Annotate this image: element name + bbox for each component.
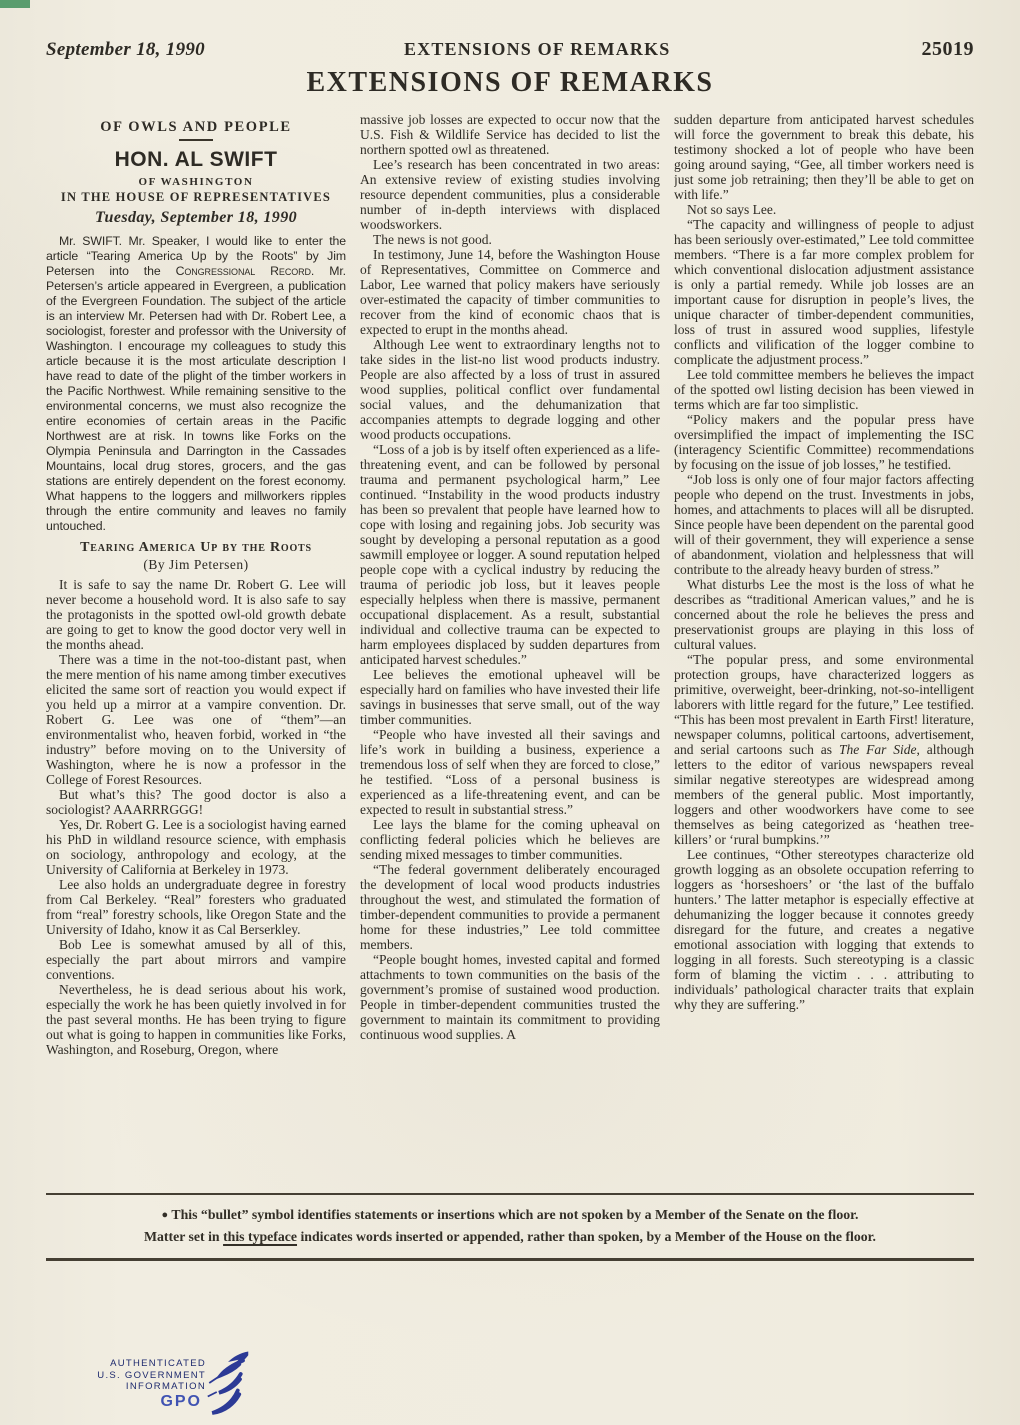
para: Not so says Lee. (674, 202, 974, 217)
para-cont: sudden departure from anticipated harves… (674, 112, 974, 202)
issue-date: September 18, 1990 (46, 39, 205, 61)
footer-line-1: ● This “bullet” symbol identifies statem… (60, 1204, 960, 1226)
running-title: EXTENSIONS OF REMARKS (404, 39, 671, 60)
article-columns: OF OWLS AND PEOPLEHON. AL SWIFTOF WASHIN… (46, 112, 974, 1168)
rule (179, 139, 213, 141)
column-2: massive job losses are expected to occur… (360, 112, 660, 1168)
para: In testimony, June 14, before the Washin… (360, 247, 660, 337)
para: Lee also holds an undergraduate degree i… (46, 877, 346, 937)
gpo-authentication-logo: AUTHENTICATED U.S. GOVERNMENT INFORMATIO… (56, 1350, 266, 1422)
heading-insert: Tearing America Up by the Roots (46, 540, 346, 556)
para: Lee believes the emotional upheavel will… (360, 667, 660, 727)
page-header: September 18, 1990 EXTENSIONS OF REMARKS… (46, 38, 974, 61)
heading-state: OF WASHINGTON (46, 176, 346, 188)
eagle-icon (192, 1350, 258, 1422)
logo-line-information: INFORMATION (56, 1381, 206, 1393)
gpo-logo-text: AUTHENTICATED U.S. GOVERNMENT INFORMATIO… (56, 1358, 206, 1407)
footer-line-2-post: indicates words inserted or appended, ra… (297, 1229, 876, 1244)
para-cont: massive job losses are expected to occur… (360, 112, 660, 157)
column-1: OF OWLS AND PEOPLEHON. AL SWIFTOF WASHIN… (46, 112, 346, 1168)
bullet-icon: ● (162, 1209, 169, 1221)
para: Although Lee went to extraordinary lengt… (360, 337, 660, 442)
gpo-wordmark: GPO (56, 1396, 206, 1408)
para: Lee continues, “Other stereotypes charac… (674, 847, 974, 1012)
column-3: sudden departure from anticipated harves… (674, 112, 974, 1168)
para: There was a time in the not-too-distant … (46, 652, 346, 787)
para: “Loss of a job is by itself often experi… (360, 442, 660, 667)
para: “People bought homes, invested capital a… (360, 952, 660, 1042)
para: Yes, Dr. Robert G. Lee is a sociologist … (46, 817, 346, 877)
footer-line-1-text: This “bullet” symbol identifies statemen… (171, 1207, 858, 1222)
para: What disturbs Lee the most is the loss o… (674, 577, 974, 652)
para: Lee told committee members he believes t… (674, 367, 974, 412)
para: But what’s this? The good doctor is also… (46, 787, 346, 817)
scan-artifact-green (0, 0, 30, 8)
page-number: 25019 (921, 38, 974, 61)
para: Nevertheless, he is dead serious about h… (46, 982, 346, 1057)
logo-line-authenticated: AUTHENTICATED (56, 1358, 206, 1370)
para: “Policy makers and the popular press hav… (674, 412, 974, 472)
heading-chamber: IN THE HOUSE OF REPRESENTATIVES (46, 190, 346, 205)
para: “The popular press, and some environment… (674, 652, 974, 847)
para: It is safe to say the name Dr. Robert G.… (46, 577, 346, 652)
byline: (By Jim Petersen) (46, 557, 346, 573)
logo-line-us-government: U.S. GOVERNMENT (56, 1370, 206, 1382)
para: “People who have invested all their savi… (360, 727, 660, 817)
para: Bob Lee is somewhat amused by all of thi… (46, 937, 346, 982)
para: “The federal government deliberately enc… (360, 862, 660, 952)
para: Lee’s research has been concentrated in … (360, 157, 660, 232)
para: “The capacity and willingness of people … (674, 217, 974, 367)
section-title: EXTENSIONS OF REMARKS (0, 67, 1020, 99)
footer-line-2: Matter set in this typeface indicates wo… (60, 1226, 960, 1247)
para: “Job loss is only one of four major fact… (674, 472, 974, 577)
footer-line-2-pre: Matter set in (144, 1229, 223, 1244)
congressional-record-page: September 18, 1990 EXTENSIONS OF REMARKS… (0, 0, 1020, 1425)
footer-typeface-ref: this typeface (223, 1229, 297, 1244)
heading-speaker: HON. AL SWIFT (46, 148, 346, 172)
para-sans: Mr. SWIFT. Mr. Speaker, I would like to … (46, 234, 346, 534)
footer-note: ● This “bullet” symbol identifies statem… (46, 1193, 974, 1261)
para: The news is not good. (360, 232, 660, 247)
para: Lee lays the blame for the coming upheav… (360, 817, 660, 862)
heading-session: Tuesday, September 18, 1990 (46, 209, 346, 227)
heading-article: OF OWLS AND PEOPLE (46, 119, 346, 136)
